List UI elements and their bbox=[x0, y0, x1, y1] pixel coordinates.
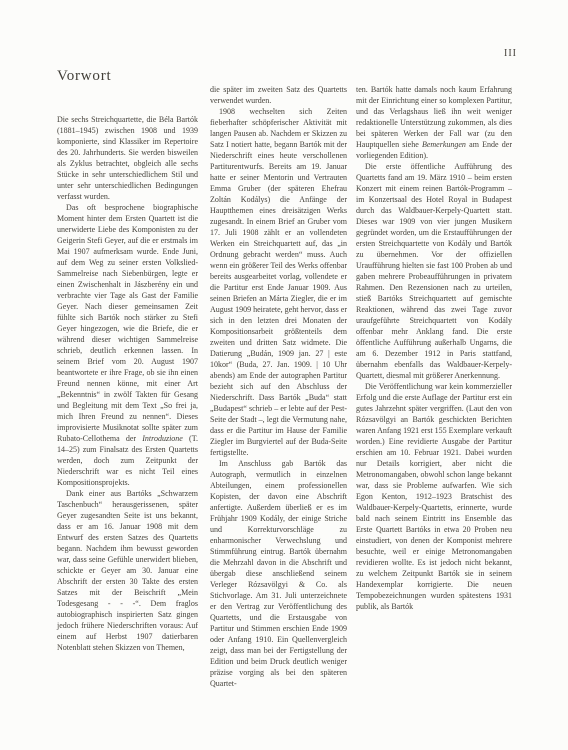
paragraph: Dank einer aus Bartóks „Schwarzem Tasche… bbox=[57, 488, 198, 653]
text-column-2: die später im zweiten Satz des Quartetts… bbox=[210, 84, 347, 689]
paragraph: Das oft besprochene biographische Moment… bbox=[57, 202, 198, 488]
paragraph: die später im zweiten Satz des Quartetts… bbox=[210, 84, 347, 106]
paragraph: ten. Bartók hatte damals noch kaum Erfah… bbox=[356, 84, 512, 161]
paragraph: Die Veröffentlichung war kein kommerziel… bbox=[356, 381, 512, 612]
paragraph: Im Anschluss gab Bartók das Autograph, v… bbox=[210, 458, 347, 689]
page-title: Vorwort bbox=[57, 68, 112, 85]
book-page: III Vorwort Die sechs Streichquartette, … bbox=[0, 0, 568, 750]
paragraph: Die sechs Streichquartette, die Béla Bar… bbox=[57, 114, 198, 202]
page-number: III bbox=[504, 48, 517, 59]
paragraph: Die erste öffentliche Aufführung des Qua… bbox=[356, 161, 512, 381]
text-column-3: ten. Bartók hatte damals noch kaum Erfah… bbox=[356, 84, 512, 612]
text-column-1: Die sechs Streichquartette, die Béla Bar… bbox=[57, 114, 198, 653]
paragraph: 1908 wechselten sich Zeiten fieberhafter… bbox=[210, 106, 347, 458]
